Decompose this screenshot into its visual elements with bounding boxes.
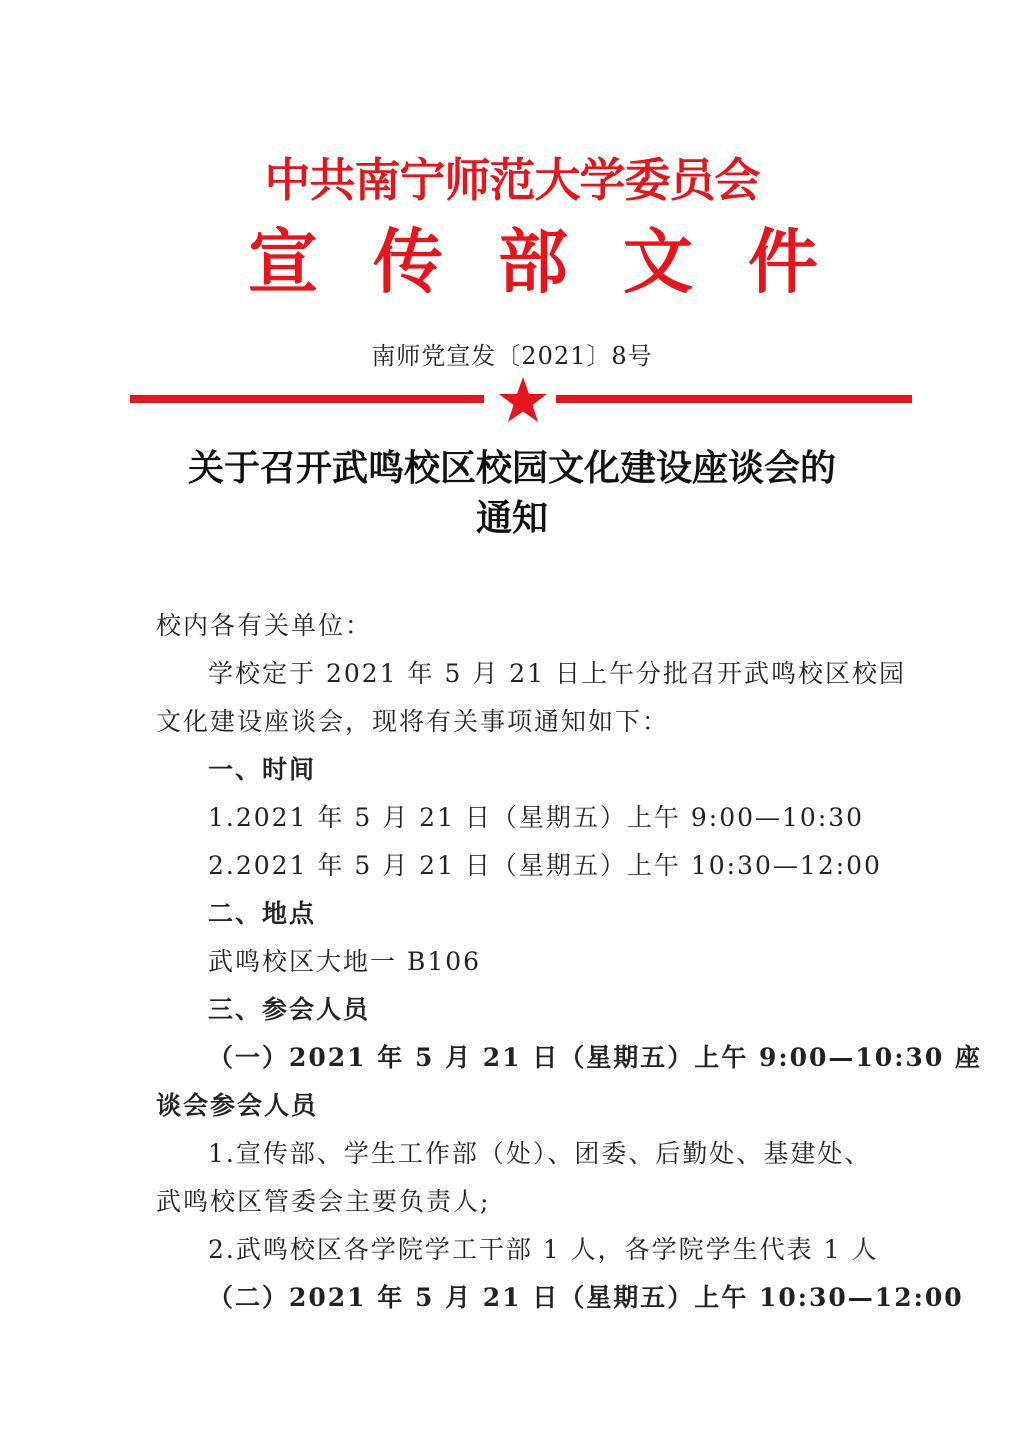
doc-type-char: 件 xyxy=(748,222,818,302)
red-separator-left xyxy=(130,395,484,403)
group1-heading-line1: （一）2021 年 5 月 21 日（星期五）上午 9:00—10:30 座 xyxy=(208,1040,982,1076)
time-item: 1.2021 年 5 月 21 日（星期五）上午 9:00—10:30 xyxy=(208,800,864,836)
intro-line1: 学校定于 2021 年 5 月 21 日上午分批召开武鸣校区校园 xyxy=(208,656,906,692)
group1-item1-line2: 武鸣校区管委会主要负责人; xyxy=(156,1184,490,1220)
location-text: 武鸣校区大地一 B106 xyxy=(208,944,481,980)
red-star-icon xyxy=(498,376,548,424)
notice-title-line2: 通知 xyxy=(0,494,1024,542)
group1-item1-line1: 1.宣传部、学生工作部（处）、团委、后勤处、基建处、 xyxy=(208,1136,871,1172)
group1-item2: 2.武鸣校区各学院学工干部 1 人，各学院学生代表 1 人 xyxy=(208,1232,878,1268)
document-type-heading: 宣 传 部 文 件 xyxy=(248,222,818,302)
section-heading-location: 二、地点 xyxy=(208,896,316,932)
red-separator-right xyxy=(556,395,912,403)
doc-type-char: 文 xyxy=(623,222,693,302)
doc-type-char: 宣 xyxy=(248,222,318,302)
group2-heading: （二）2021 年 5 月 21 日（星期五）上午 10:30—12:00 xyxy=(208,1280,964,1316)
salutation: 校内各有关单位： xyxy=(156,608,372,644)
document-number: 南师党宣发〔2021〕8号 xyxy=(0,338,1024,374)
doc-type-char: 部 xyxy=(498,222,568,302)
group1-heading-line2: 谈会参会人员 xyxy=(156,1088,318,1124)
doc-type-char: 传 xyxy=(373,222,443,302)
intro-line2: 文化建设座谈会，现将有关事项通知如下： xyxy=(156,704,669,740)
issuing-organization: 中共南宁师范大学委员会 xyxy=(0,150,1024,210)
section-heading-attendees: 三、参会人员 xyxy=(208,992,370,1028)
time-item: 2.2021 年 5 月 21 日（星期五）上午 10:30—12:00 xyxy=(208,848,882,884)
section-heading-time: 一、时间 xyxy=(208,752,316,788)
notice-title-line1: 关于召开武鸣校区校园文化建设座谈会的 xyxy=(0,444,1024,492)
